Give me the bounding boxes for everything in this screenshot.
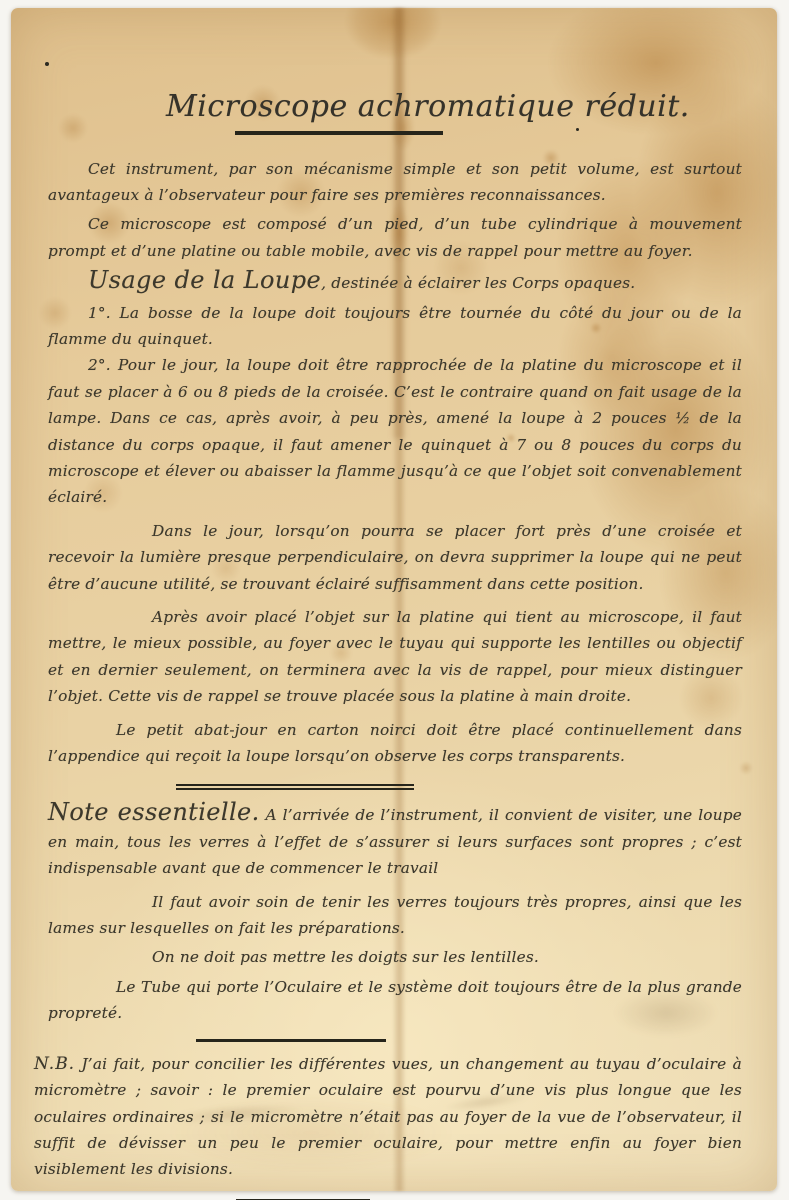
usage-heading-line: Usage de la Loupe, destinée à éclairer l…	[48, 267, 742, 296]
title-underline	[235, 131, 443, 135]
ink-speck	[45, 62, 49, 66]
section-divider	[196, 1039, 386, 1042]
manuscript-page: Microscope achromatique réduit. Cet inst…	[11, 8, 777, 1191]
title-block: Microscope achromatique réduit.	[166, 90, 690, 124]
scan-background: { "palette": { "paper": "#e9d2a4", "ink"…	[0, 0, 789, 1200]
usage-heading-suffix: , destinée à éclairer les Corps opaques.	[321, 274, 635, 292]
note-paragraph-1: Il faut avoir soin de tenir les verres t…	[48, 889, 742, 942]
intro-paragraph-1: Cet instrument, par son mécanisme simple…	[48, 156, 742, 209]
note-paragraph-3: Le Tube qui porte l’Oculaire et le systè…	[48, 974, 742, 1027]
nb-paragraph: N.B. J’ai fait, pour concilier les diffé…	[34, 1051, 742, 1183]
note-lead: Note essentielle. A l’arrivée de l’instr…	[48, 799, 742, 881]
usage-item-2: 2°. Pour le jour, la loupe doit être rap…	[48, 352, 742, 510]
intro-paragraph-2: Ce microscope est composé d’un pied, d’u…	[48, 211, 742, 264]
manuscript-text: Microscope achromatique réduit. Cet inst…	[48, 90, 742, 1200]
nb-label: N.B.	[34, 1054, 75, 1074]
note-heading: Note essentielle.	[48, 798, 260, 826]
usage-heading: Usage de la Loupe	[88, 266, 321, 294]
usage-paragraph-3: Le petit abat-jour en carton noirci doit…	[48, 717, 742, 770]
nb-text: J’ai fait, pour concilier les différente…	[34, 1055, 742, 1179]
usage-paragraph-1: Dans le jour, lorsqu’on pourra se placer…	[48, 518, 742, 597]
section-divider	[176, 784, 414, 790]
usage-item-1: 1°. La bosse de la loupe doit toujours ê…	[48, 300, 742, 353]
note-paragraph-2: On ne doit pas mettre les doigts sur les…	[48, 944, 742, 970]
usage-paragraph-2: Après avoir placé l’objet sur la platine…	[48, 604, 742, 710]
page-title: Microscope achromatique réduit.	[166, 90, 690, 124]
